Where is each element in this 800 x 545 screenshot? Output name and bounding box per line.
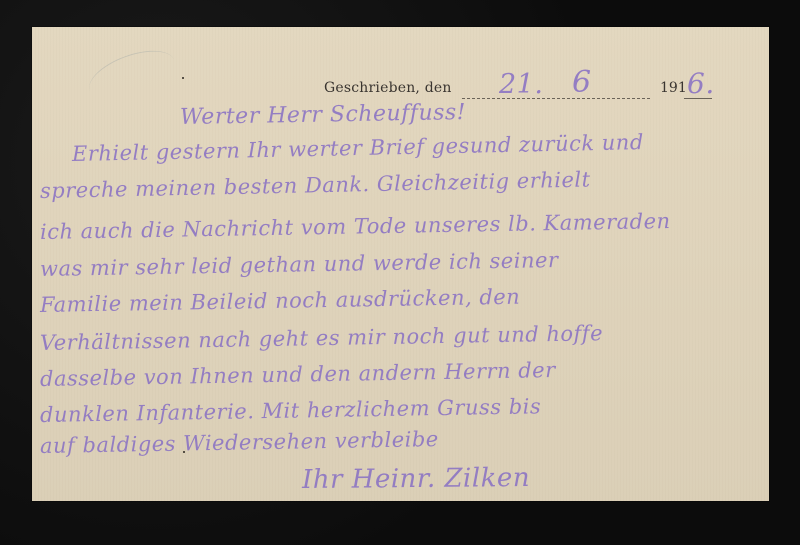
letter-line: spreche meinen besten Dank. Gleichzeitig… [40,167,591,203]
handwritten-month: 6 [572,65,592,100]
postcard: Geschrieben, den 191 21. 6 6. Werter Her… [32,27,769,501]
date-dotted-rule [462,98,650,99]
letter-line: Familie mein Beileid noch ausdrücken, de… [40,285,521,317]
printed-written-label: Geschrieben, den [324,80,452,96]
handwritten-year-digit: 6. [687,67,715,100]
letter-line: dunklen Infanterie. Mit herzlichem Gruss… [40,394,542,427]
signature: Ihr Heinr. Zilken [302,463,530,495]
handwritten-day: 21. [499,69,543,100]
letter-line: auf baldiges Wiedersehen verbleibe [40,427,439,458]
paper-speck [182,77,184,79]
paper-speck [183,451,185,453]
letter-line: was mir sehr leid gethan und werde ich s… [40,248,559,281]
printed-year-prefix: 191 [660,80,687,96]
paper-stain [83,41,182,110]
letter-line: Erhielt gestern Ihr werter Brief gesund … [72,130,644,166]
letter-greeting: Werter Herr Scheuffuss! [180,100,466,130]
letter-line: Verhältnissen nach geht es mir noch gut … [40,321,603,355]
letter-line: ich auch die Nachricht vom Tode unseres … [40,209,671,244]
letter-line: dasselbe von Ihnen und den andern Herrn … [40,358,556,391]
